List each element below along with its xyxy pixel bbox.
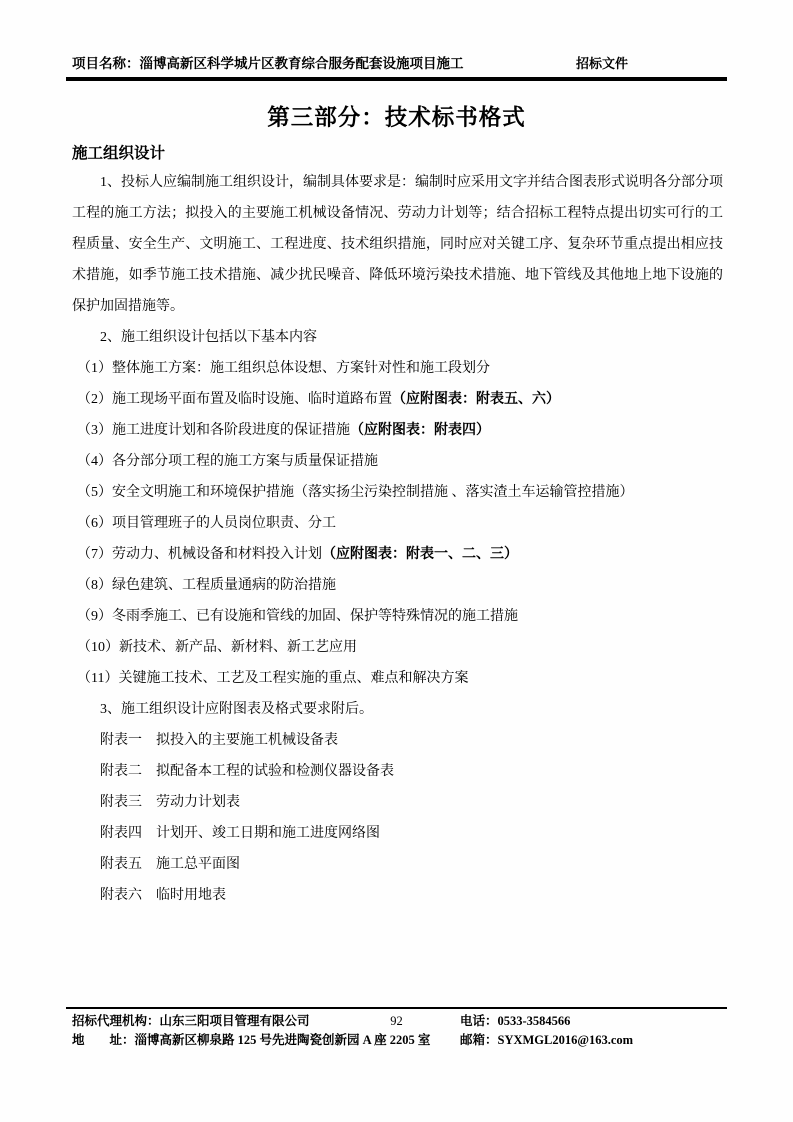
item-text: （5）安全文明施工和环境保护措施（落实扬尘污染控制措施 、落实渣土车运输管控措施…: [77, 485, 634, 500]
page-header: 项目名称：淄博高新区科学城片区教育综合服务配套设施项目施工 招标文件: [66, 55, 727, 72]
item-text: （7）劳动力、机械设备和材料投入计划: [77, 547, 322, 562]
document-page: 项目名称：淄博高新区科学城片区教育综合服务配套设施项目施工 招标文件 第三部分：…: [0, 0, 793, 1122]
footer-address: 地 址：淄博高新区柳泉路 125 号先进陶瓷创新园 A 座 2205 室: [72, 1033, 430, 1047]
appendix-text: 拟配备本工程的试验和检测仪器设备表: [156, 764, 394, 779]
section-heading: 施工组织设计: [66, 143, 727, 165]
appendix-label: 附表三: [100, 795, 142, 810]
appendix-row-4: 附表四计划开、竣工日期和施工进度网络图: [72, 818, 723, 849]
header-doc-type: 招标文件: [576, 55, 628, 72]
item-text: （11）关键施工技术、工艺及工程实施的重点、难点和解决方案: [77, 671, 468, 686]
appendix-row-2: 附表二拟配备本工程的试验和检测仪器设备表: [72, 756, 723, 787]
list-item-5: （5）安全文明施工和环境保护措施（落实扬尘污染控制措施 、落实渣土车运输管控措施…: [72, 477, 723, 508]
footer-row-2: 地 址：淄博高新区柳泉路 125 号先进陶瓷创新园 A 座 2205 室 邮箱：…: [66, 1031, 727, 1050]
appendix-text: 计划开、竣工日期和施工进度网络图: [156, 826, 380, 841]
paragraph-2: 2、施工组织设计包括以下基本内容: [72, 322, 723, 353]
item-bold-text: （应附图表：附表五、六）: [392, 392, 560, 407]
appendix-text: 拟投入的主要施工机械设备表: [156, 733, 338, 748]
item-text: （3）施工进度计划和各阶段进度的保证措施: [77, 423, 350, 438]
item-text: （6）项目管理班子的人员岗位职责、分工: [77, 516, 336, 531]
item-text: （9）冬雨季施工、已有设施和管线的加固、保护等特殊情况的施工措施: [77, 609, 518, 624]
appendix-label: 附表二: [100, 764, 142, 779]
list-item-11: （11）关键施工技术、工艺及工程实施的重点、难点和解决方案: [72, 663, 723, 694]
item-text: （4）各分部分项工程的施工方案与质量保证措施: [77, 454, 378, 469]
list-item-9: （9）冬雨季施工、已有设施和管线的加固、保护等特殊情况的施工措施: [72, 601, 723, 632]
list-item-8: （8）绿色建筑、工程质量通病的防治措施: [72, 570, 723, 601]
page-number: 92: [390, 1012, 403, 1031]
page-title: 第三部分：技术标书格式: [66, 103, 727, 133]
appendix-text: 劳动力计划表: [156, 795, 240, 810]
item-text: （8）绿色建筑、工程质量通病的防治措施: [77, 578, 336, 593]
appendix-text: 施工总平面图: [156, 857, 240, 872]
page-footer: 招标代理机构：山东三阳项目管理有限公司 92 电话：0533-3584566 地…: [66, 1007, 727, 1049]
appendix-row-1: 附表一拟投入的主要施工机械设备表: [72, 725, 723, 756]
header-double-rule: [66, 77, 727, 81]
footer-phone: 电话：0533-3584566: [460, 1012, 570, 1031]
paragraph-3: 3、施工组织设计应附图表及格式要求附后。: [72, 694, 723, 725]
body-text: 1、投标人应编制施工组织设计，编制具体要求是：编制时应采用文字并结合图表形式说明…: [66, 167, 727, 911]
list-item-2: （2）施工现场平面布置及临时设施、临时道路布置（应附图表：附表五、六）: [72, 384, 723, 415]
footer-agency: 招标代理机构：山东三阳项目管理有限公司: [72, 1014, 310, 1028]
item-text: （1）整体施工方案：施工组织总体设想、方案针对性和施工段划分: [77, 361, 490, 376]
footer-email: 邮箱：SYXMGL2016@163.com: [460, 1031, 633, 1050]
footer-row-1: 招标代理机构：山东三阳项目管理有限公司 92 电话：0533-3584566: [66, 1012, 727, 1031]
list-item-3: （3）施工进度计划和各阶段进度的保证措施（应附图表：附表四）: [72, 415, 723, 446]
page-content: 项目名称：淄博高新区科学城片区教育综合服务配套设施项目施工 招标文件 第三部分：…: [66, 0, 727, 911]
appendix-label: 附表四: [100, 826, 142, 841]
appendix-label: 附表六: [100, 888, 142, 903]
header-project-name: 项目名称：淄博高新区科学城片区教育综合服务配套设施项目施工: [72, 55, 464, 72]
appendix-row-5: 附表五施工总平面图: [72, 849, 723, 880]
appendix-row-3: 附表三劳动力计划表: [72, 787, 723, 818]
item-bold-text: （应附图表：附表一、二、三）: [322, 547, 518, 562]
appendix-label: 附表五: [100, 857, 142, 872]
list-item-1: （1）整体施工方案：施工组织总体设想、方案针对性和施工段划分: [72, 353, 723, 384]
list-item-10: （10）新技术、新产品、新材料、新工艺应用: [72, 632, 723, 663]
paragraph-1: 1、投标人应编制施工组织设计，编制具体要求是：编制时应采用文字并结合图表形式说明…: [72, 167, 723, 322]
appendix-label: 附表一: [100, 733, 142, 748]
appendix-row-6: 附表六临时用地表: [72, 880, 723, 911]
item-text: （10）新技术、新产品、新材料、新工艺应用: [77, 640, 357, 655]
list-item-7: （7）劳动力、机械设备和材料投入计划（应附图表：附表一、二、三）: [72, 539, 723, 570]
item-text: （2）施工现场平面布置及临时设施、临时道路布置: [77, 392, 392, 407]
appendix-text: 临时用地表: [156, 888, 226, 903]
item-bold-text: （应附图表：附表四）: [350, 423, 490, 438]
list-item-6: （6）项目管理班子的人员岗位职责、分工: [72, 508, 723, 539]
list-item-4: （4）各分部分项工程的施工方案与质量保证措施: [72, 446, 723, 477]
